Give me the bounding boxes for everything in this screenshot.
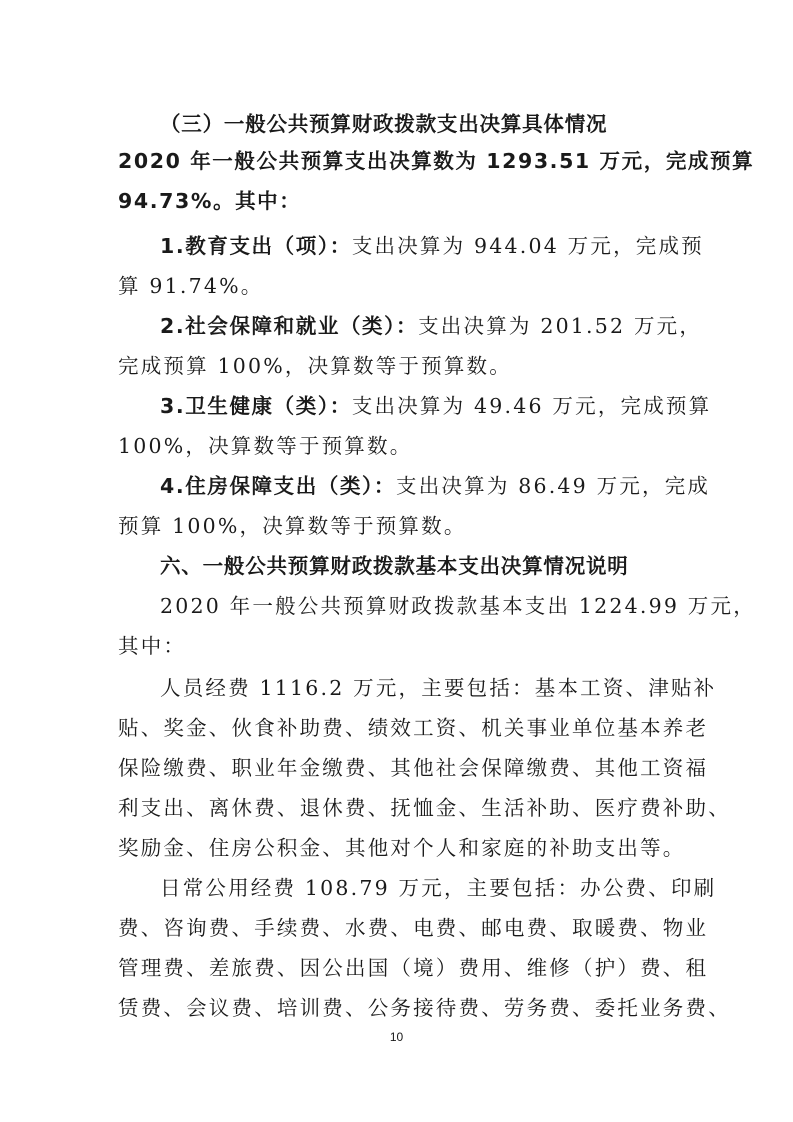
item-text: 支出决算为 201.52 万元， — [418, 314, 702, 338]
item-label: 4.住房保障支出（类）： — [160, 474, 396, 498]
public-expense-line: 日常公用经费 108.79 万元，主要包括：办公费、印刷 — [160, 874, 680, 902]
section-heading-budget-details: （三）一般公共预算财政拨款支出决算具体情况 — [160, 110, 680, 138]
intro-line: 94.73%。其中： — [118, 187, 678, 215]
page-number: 10 — [0, 1030, 793, 1044]
personnel-line: 利支出、离休费、退休费、抚恤金、生活补助、医疗费补助、 — [118, 794, 678, 822]
item-education: 1.教育支出（项）：支出决算为 944.04 万元，完成预 — [160, 232, 680, 260]
public-expense-line: 费、咨询费、手续费、水费、电费、邮电费、取暖费、物业 — [118, 914, 678, 942]
public-expense-line: 赁费、会议费、培训费、公务接待费、劳务费、委托业务费、 — [118, 994, 678, 1022]
item-text: 支出决算为 49.46 万元，完成预算 — [352, 394, 712, 418]
personnel-line: 奖励金、住房公积金、其他对个人和家庭的补助支出等。 — [118, 834, 678, 862]
item-text-continued: 算 91.74%。 — [118, 272, 678, 300]
item-social-security: 2.社会保障和就业（类）：支出决算为 201.52 万元， — [160, 312, 680, 340]
personnel-line: 保险缴费、职业年金缴费、其他社会保障缴费、其他工资福 — [118, 754, 678, 782]
personnel-line: 人员经费 1116.2 万元，主要包括：基本工资、津贴补 — [160, 674, 680, 702]
item-text: 支出决算为 86.49 万元，完成 — [396, 474, 710, 498]
personnel-line: 贴、奖金、伙食补助费、绩效工资、机关事业单位基本养老 — [118, 714, 678, 742]
public-expense-line: 管理费、差旅费、因公出国（境）费用、维修（护）费、租 — [118, 954, 678, 982]
intro-line: 2020 年一般公共预算支出决算数为 1293.51 万元，完成预算 — [118, 147, 678, 175]
paragraph-line: 2020 年一般公共预算财政拨款基本支出 1224.99 万元， — [160, 592, 680, 620]
document-page: （三）一般公共预算财政拨款支出决算具体情况 2020 年一般公共预算支出决算数为… — [0, 0, 793, 1122]
item-label: 3.卫生健康（类）： — [160, 394, 352, 418]
item-text-continued: 预算 100%，决算数等于预算数。 — [118, 512, 678, 540]
item-text-continued: 完成预算 100%，决算数等于预算数。 — [118, 352, 678, 380]
item-label: 1.教育支出（项）： — [160, 234, 352, 258]
item-housing: 4.住房保障支出（类）：支出决算为 86.49 万元，完成 — [160, 472, 680, 500]
item-text-continued: 100%，决算数等于预算数。 — [118, 432, 678, 460]
item-health: 3.卫生健康（类）：支出决算为 49.46 万元，完成预算 — [160, 392, 680, 420]
item-text: 支出决算为 944.04 万元，完成预 — [352, 234, 704, 258]
paragraph-line: 其中： — [118, 632, 678, 660]
section-heading-basic-expenditure: 六、一般公共预算财政拨款基本支出决算情况说明 — [160, 552, 680, 580]
item-label: 2.社会保障和就业（类）： — [160, 314, 418, 338]
